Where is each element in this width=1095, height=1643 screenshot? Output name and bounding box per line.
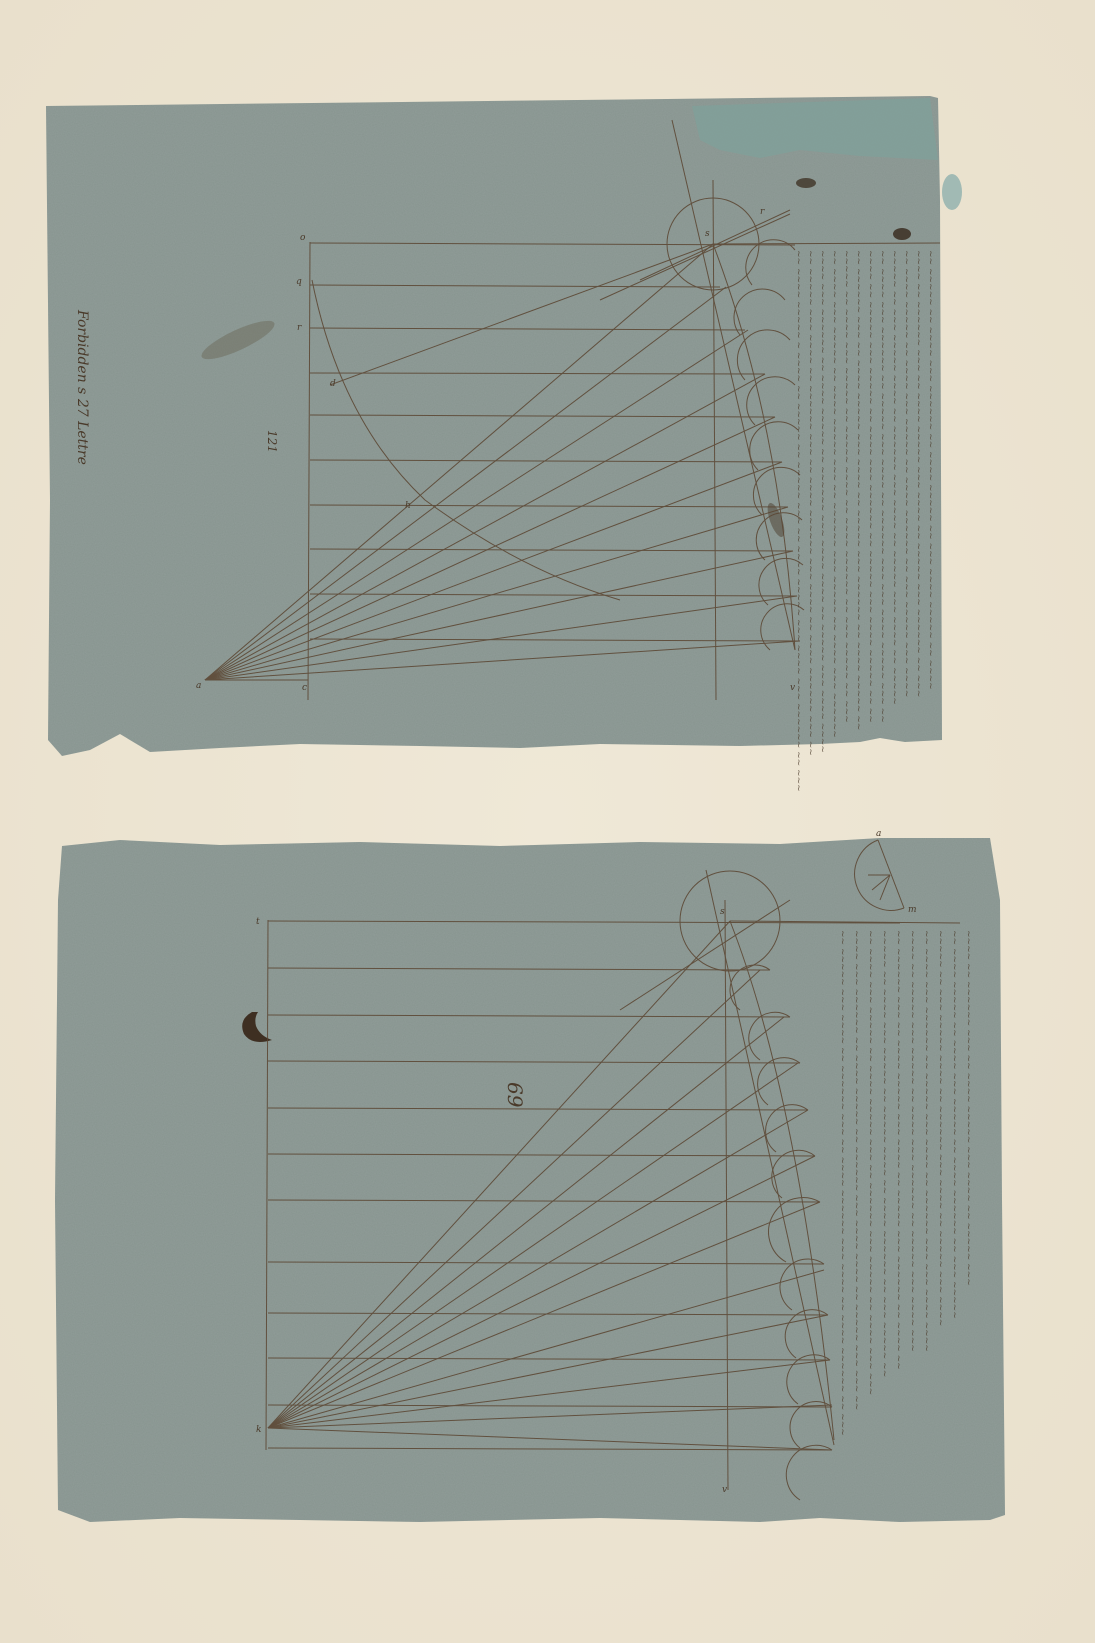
svg-text:~~~~~ ~~ ~~~ ~~~~~ ~~~~ ~~ ~~~: ~~~~~ ~~ ~~~ ~~~~~ ~~~~ ~~ ~~~~~~ ~~~ ~~…: [889, 250, 899, 705]
svg-text:~~ ~~~~ ~~~~~ ~ ~~~~ ~~ ~~~~~: ~~ ~~~~ ~~~~~ ~ ~~~~ ~~ ~~~~~ ~~ ~~~~~ ~…: [793, 250, 803, 792]
svg-text:~~~~ ~~ ~~~~~ ~~~ ~~~~~ ~~ ~~~: ~~~~ ~~ ~~~~~ ~~~ ~~~~~ ~~ ~~~~ ~~~ ~~~~…: [865, 250, 875, 723]
svg-text:t: t: [256, 917, 260, 927]
svg-text:~~~~ ~~~ ~~~~~~ ~~ ~~~~ ~~~~~: ~~~~ ~~~ ~~~~~~ ~~ ~~~~ ~~~~~ ~~ ~~~~~~ …: [817, 250, 827, 753]
svg-text:v: v: [722, 1485, 727, 1495]
svg-text:~~~~~ ~~ ~~~~ ~~~ ~~~~~ ~~ ~~~: ~~~~~ ~~ ~~~~ ~~~ ~~~~~ ~~ ~~~~~ ~~~~ ~~…: [841, 250, 851, 723]
svg-text:a: a: [876, 829, 881, 839]
upper-margin-label: 121: [265, 430, 279, 453]
svg-text:~~~~ ~~ ~~~~~ ~~~ ~~~~~ ~~ ~~~: ~~~~ ~~ ~~~~~ ~~~ ~~~~~ ~~ ~~~~ ~~~ ~~~~…: [907, 930, 917, 1352]
svg-text:k: k: [256, 1425, 261, 1435]
svg-text:v: v: [790, 683, 795, 693]
svg-text:s: s: [720, 907, 725, 917]
lower-page-number: 69: [503, 1082, 527, 1108]
lower-sheet: ~~ ~~~~~ ~~~ ~~~~ ~~ ~~~~~~ ~~~ ~~ ~~~~ …: [55, 829, 1005, 1522]
svg-text:~~ ~~~~~ ~~~ ~~~~ ~~ ~~~~~~ ~~: ~~ ~~~~~ ~~~ ~~~~ ~~ ~~~~~~ ~~~ ~~ ~~~~ …: [837, 930, 847, 1436]
svg-text:~~~~ ~~ ~~~~~~ ~~~ ~~ ~~~~ ~~~: ~~~~ ~~ ~~~~~~ ~~~ ~~ ~~~~ ~~~~~ ~~~ ~~~…: [963, 930, 973, 1286]
svg-text:~~~~~ ~~ ~~~ ~~~~~ ~~~~ ~~ ~~~: ~~~~~ ~~ ~~~ ~~~~~ ~~~~ ~~ ~~~~~~ ~~~ ~~…: [935, 930, 945, 1326]
svg-text:o: o: [300, 233, 306, 243]
svg-text:~~ ~~~~ ~~~ ~~~~~~ ~~ ~~~~~ ~~: ~~ ~~~~ ~~~ ~~~~~~ ~~ ~~~~~ ~~~ ~~~~ ~~ …: [921, 930, 931, 1352]
svg-text:r: r: [760, 207, 765, 217]
svg-text:~~ ~~~~~~ ~~~ ~~ ~~~~ ~~~~~ ~~: ~~ ~~~~~~ ~~~ ~~ ~~~~ ~~~~~ ~~~ ~~~~ ~~ …: [853, 250, 863, 730]
svg-text:c: c: [302, 683, 307, 693]
svg-text:r: r: [297, 323, 302, 333]
svg-text:d: d: [330, 379, 336, 389]
svg-text:s: s: [705, 229, 710, 239]
svg-text:h: h: [405, 501, 411, 511]
manuscript-canvas: ~~ ~~~~ ~~~~~ ~ ~~~~ ~~ ~~~~~ ~~ ~~~~~ ~…: [0, 0, 1095, 1643]
svg-text:~~ ~~~~ ~~~ ~~~~~ ~~ ~~~~ ~~~~: ~~ ~~~~ ~~~ ~~~~~ ~~ ~~~~ ~~~~~ ~~~ ~~ ~…: [829, 250, 839, 738]
svg-text:~~~~~ ~~ ~~~~ ~~~ ~~~~~ ~~ ~~~: ~~~~~ ~~ ~~~~ ~~~ ~~~~~ ~~ ~~~~~ ~~~~ ~~…: [879, 930, 889, 1377]
upper-side-note: Forbidden s 27 Lettre: [74, 309, 90, 465]
svg-text:~~ ~~~~ ~~~ ~~~~~ ~~ ~~~~ ~~~~: ~~ ~~~~ ~~~ ~~~~~ ~~ ~~~~ ~~~~~ ~~~ ~~ ~…: [865, 930, 875, 1395]
svg-text:~~ ~~~~~ ~~~ ~~~~ ~~ ~~~~~~ ~~: ~~ ~~~~~ ~~~ ~~~~ ~~ ~~~~~~ ~~~ ~~ ~~~~ …: [805, 250, 815, 756]
svg-text:m: m: [908, 905, 917, 915]
svg-text:~~ ~~~~ ~~~~~ ~~ ~~~~ ~~~ ~~~~: ~~ ~~~~ ~~~~~ ~~ ~~~~ ~~~ ~~~~~ ~~ ~~~~ …: [901, 250, 911, 697]
svg-text:~~~~ ~~~ ~~~~~~ ~~ ~~~~ ~~~~~: ~~~~ ~~~ ~~~~~~ ~~ ~~~~ ~~~~~ ~~ ~~~~~~ …: [851, 930, 861, 1410]
svg-text:~~ ~~~~ ~~~~~ ~~ ~~~~ ~~~ ~~~~: ~~ ~~~~ ~~~~~ ~~ ~~~~ ~~~ ~~~~~ ~~ ~~~~ …: [949, 930, 959, 1319]
svg-text:~~~~ ~~ ~~~~~~ ~~~ ~~ ~~~~ ~~~: ~~~~ ~~ ~~~~~~ ~~~ ~~ ~~~~ ~~~~~ ~~~ ~~~…: [913, 250, 923, 697]
svg-text:~~ ~~~~ ~~~ ~~~~~~ ~~ ~~~~~ ~~: ~~ ~~~~ ~~~ ~~~~~~ ~~ ~~~~~ ~~~ ~~~~ ~~ …: [877, 250, 887, 723]
svg-text:~~ ~~~~~~ ~~~ ~~ ~~~~ ~~~~~ ~~: ~~ ~~~~~~ ~~~ ~~ ~~~~ ~~~~~ ~~~ ~~~~ ~~ …: [893, 930, 903, 1370]
svg-text:q: q: [296, 277, 302, 287]
upper-sheet: ~~ ~~~~ ~~~~~ ~ ~~~~ ~~ ~~~~~ ~~ ~~~~~ ~…: [46, 96, 962, 792]
svg-text:a: a: [196, 681, 201, 691]
svg-text:~~ ~~~~~ ~~ ~~~~ ~~~ ~~~~~~ ~~: ~~ ~~~~~ ~~ ~~~~ ~~~ ~~~~~~ ~~ ~~~~ ~~~~…: [925, 250, 935, 690]
